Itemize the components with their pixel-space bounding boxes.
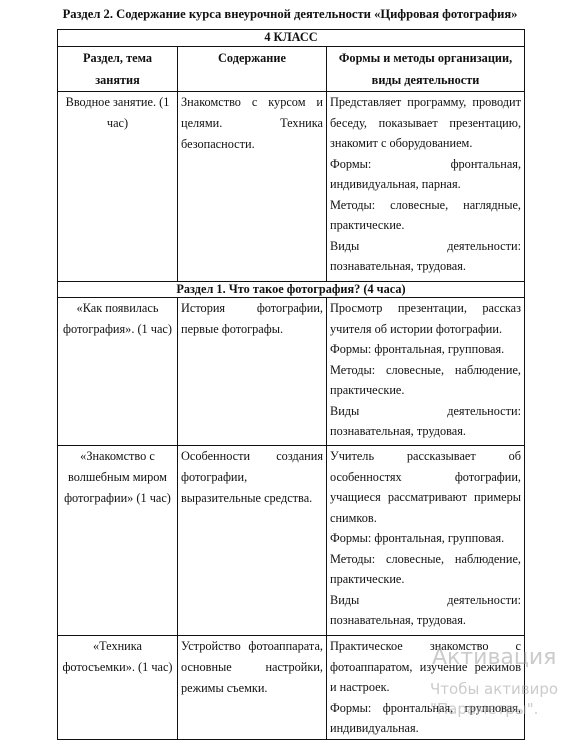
table-row: «Техника фотосъемки». (1 час) Устройство…: [58, 636, 525, 740]
methods-forms: Формы: фронтальная, групповая.: [330, 339, 521, 360]
content-cell: Устройство фотоаппарата, основные настро…: [178, 636, 327, 740]
methods-methods: Методы: словесные, наблюдение, практичес…: [330, 549, 521, 590]
methods-cell: Представляет программу, проводит беседу,…: [327, 92, 525, 282]
topic-cell: «Как появилась фотография». (1 час): [58, 298, 178, 446]
methods-cell: Просмотр презентации, рассказ учителя об…: [327, 298, 525, 446]
methods-description: Представляет программу, проводит беседу,…: [330, 92, 521, 154]
methods-activities: Виды деятельности: познавательная, трудо…: [330, 590, 521, 631]
header-content: Содержание: [178, 47, 327, 92]
topic-cell: Вводное занятие. (1 час): [58, 92, 178, 282]
methods-forms: Формы: фронтальная, групповая, индивидуа…: [330, 698, 521, 739]
methods-methods: Методы: словесные, наблюдение, практичес…: [330, 360, 521, 401]
content-cell: История фотографии, первые фотографы.: [178, 298, 327, 446]
table-row: «Знакомство с волшебным миром фотографии…: [58, 446, 525, 636]
class-row: 4 КЛАСС: [58, 30, 525, 47]
methods-activities: Виды деятельности: познавательная, трудо…: [330, 236, 521, 277]
methods-description: Практическое знакомство с фотоаппаратом,…: [330, 636, 521, 698]
content-cell: Особенности создания фотографии, выразит…: [178, 446, 327, 636]
topic-cell: «Знакомство с волшебным миром фотографии…: [58, 446, 178, 636]
topic-cell: «Техника фотосъемки». (1 час): [58, 636, 178, 740]
header-row: Раздел, тема занятия Содержание Формы и …: [58, 47, 525, 92]
section-title: Раздел 1. Что такое фотография? (4 часа): [58, 282, 525, 298]
table-row: «Как появилась фотография». (1 час) Исто…: [58, 298, 525, 446]
methods-forms: Формы: фронтальная, групповая.: [330, 528, 521, 549]
methods-description: Просмотр презентации, рассказ учителя об…: [330, 298, 521, 339]
methods-activities: Виды деятельности: познавательная, трудо…: [330, 401, 521, 442]
section-row: Раздел 1. Что такое фотография? (4 часа): [58, 282, 525, 298]
methods-forms: Формы: фронтальная, индивидуальная, парн…: [330, 154, 521, 195]
class-label: 4 КЛАСС: [58, 30, 525, 47]
table-row-intro: Вводное занятие. (1 час) Знакомство с ку…: [58, 92, 525, 282]
methods-methods: Методы: словесные, наглядные, практическ…: [330, 195, 521, 236]
document-title: Раздел 2. Содержание курса внеурочной де…: [0, 6, 563, 22]
header-methods: Формы и методы организации, виды деятель…: [327, 47, 525, 92]
course-content-table: 4 КЛАСС Раздел, тема занятия Содержание …: [57, 29, 525, 740]
methods-description: Учитель рассказывает об особенностях фот…: [330, 446, 521, 528]
header-topic: Раздел, тема занятия: [58, 47, 178, 92]
content-cell: Знакомство с курсом и целями. Техника бе…: [178, 92, 327, 282]
methods-cell: Учитель рассказывает об особенностях фот…: [327, 446, 525, 636]
methods-cell: Практическое знакомство с фотоаппаратом,…: [327, 636, 525, 740]
